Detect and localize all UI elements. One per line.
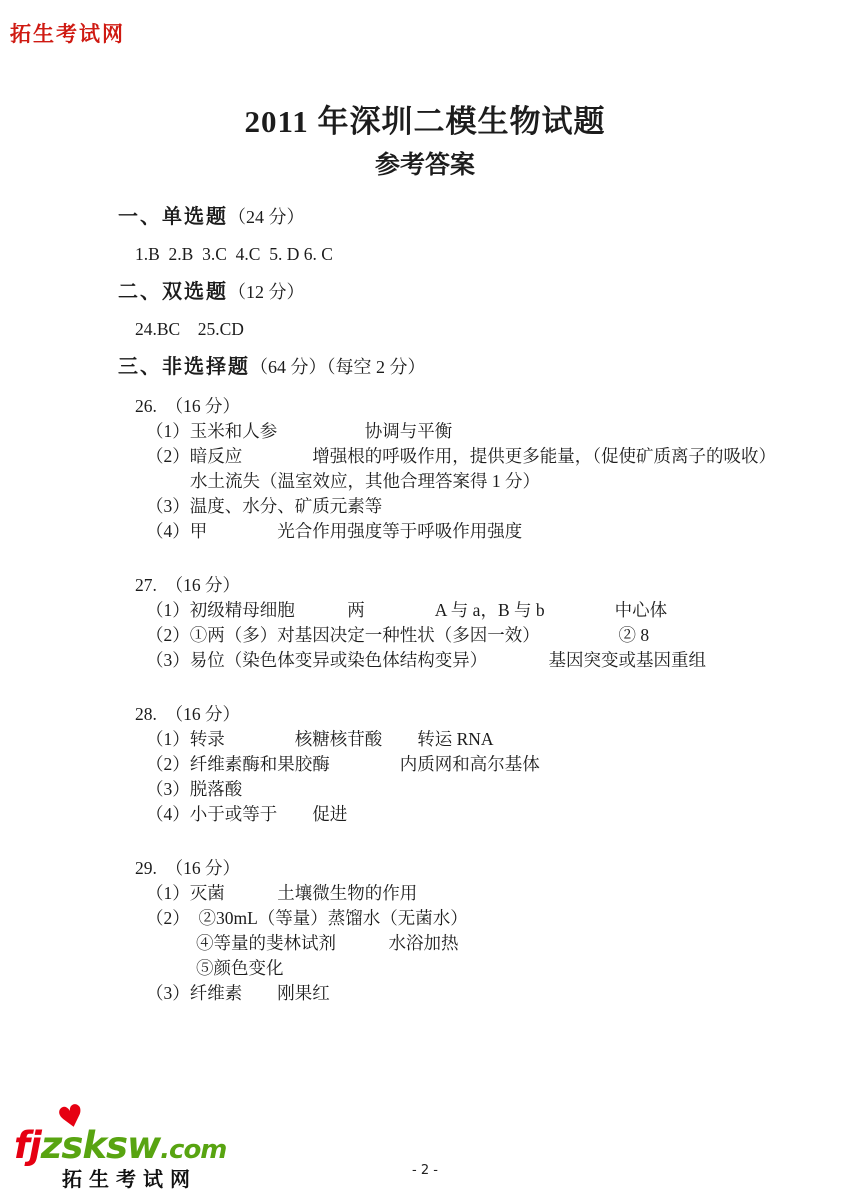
block-spacer	[118, 827, 795, 842]
document-page: 拓生考试网 2011 年深圳二模生物试题 参考答案 一、单选题（24 分） 1.…	[0, 0, 850, 1203]
section-heading-single-choice: 一、单选题（24 分）	[118, 204, 795, 230]
answer-line: （4）甲 光合作用强度等于呼吸作用强度	[146, 519, 795, 544]
site-logo: ♥ fjzsksw.com 拓生考试网	[14, 1117, 234, 1189]
section-title: 三、非选择题	[118, 356, 250, 378]
answer-line: （2） ②30mL（等量）蒸馏水（无菌水）	[146, 906, 795, 931]
section-score: （64 分）（每空 2 分）	[250, 357, 426, 377]
section-title: 一、单选题	[118, 206, 228, 228]
question-27: 27. （16 分） （1）初级精母细胞 两 A 与 a，B 与 b 中心体 （…	[118, 573, 795, 673]
logo-tld: .com	[160, 1135, 226, 1165]
question-28: 28. （16 分） （1）转录 核糖核苷酸 转运 RNA （2）纤维素酶和果胶…	[118, 702, 795, 827]
answer-line: （2）纤维素酶和果胶酶 内质网和高尔基体	[146, 752, 795, 777]
question-26: 26. （16 分） （1）玉米和人参 协调与平衡 （2）暗反应 增强根的呼吸作…	[118, 394, 795, 544]
answer-line: （3）易位（染色体变异或染色体结构变异） 基因突变或基因重组	[146, 648, 795, 673]
section-score: （12 分）	[228, 282, 305, 302]
answer-line: （2）①两（多）对基因决定一种性状（多因一效） ② 8	[146, 623, 795, 648]
block-spacer	[118, 544, 795, 559]
section-heading-double-choice: 二、双选题（12 分）	[118, 279, 795, 305]
answer-line: （2）暗反应 增强根的呼吸作用，提供更多能量，（促使矿质离子的吸收）	[146, 444, 795, 469]
answer-line: （1）转录 核糖核苷酸 转运 RNA	[146, 727, 795, 752]
section-score: （24 分）	[228, 207, 305, 227]
section-heading-non-choice: 三、非选择题（64 分）（每空 2 分）	[118, 354, 795, 380]
single-choice-answers-line: 1.B 2.B 3.C 4.C 5. D 6. C	[135, 242, 795, 267]
answer-line: （3）纤维素 刚果红	[146, 981, 795, 1006]
question-header: 29. （16 分）	[135, 856, 795, 881]
block-spacer	[118, 673, 795, 688]
answer-line: （4）小于或等于 促进	[146, 802, 795, 827]
document-subtitle: 参考答案	[0, 148, 850, 184]
answer-line: （1）灭菌 土壤微生物的作用	[146, 881, 795, 906]
document-title: 2011 年深圳二模生物试题	[0, 0, 850, 144]
answer-line-continuation: 水土流失（温室效应，其他合理答案得 1 分）	[190, 469, 795, 494]
question-header: 27. （16 分）	[135, 573, 795, 598]
answer-line-continuation: ⑤颜色变化	[196, 956, 795, 981]
answer-line: （1）玉米和人参 协调与平衡	[146, 419, 795, 444]
section-title: 二、双选题	[118, 281, 228, 303]
answer-line: （3）脱落酸	[146, 777, 795, 802]
question-29: 29. （16 分） （1）灭菌 土壤微生物的作用 （2） ②30mL（等量）蒸…	[118, 856, 795, 1006]
question-header: 28. （16 分）	[135, 702, 795, 727]
question-header: 26. （16 分）	[135, 394, 795, 419]
logo-prefix: fj	[14, 1124, 41, 1167]
answer-line: （3）温度、水分、矿质元素等	[146, 494, 795, 519]
site-logo-caption: 拓生考试网	[62, 1163, 197, 1192]
document-body: 一、单选题（24 分） 1.B 2.B 3.C 4.C 5. D 6. C 二、…	[0, 204, 850, 1006]
answer-line-continuation: ④等量的斐林试剂 水浴加热	[196, 931, 795, 956]
site-watermark-top: 拓生考试网	[10, 18, 125, 48]
double-choice-answers-line: 24.BC 25.CD	[135, 317, 795, 342]
answer-line: （1）初级精母细胞 两 A 与 a，B 与 b 中心体	[146, 598, 795, 623]
logo-domain: zsksw	[41, 1124, 160, 1167]
